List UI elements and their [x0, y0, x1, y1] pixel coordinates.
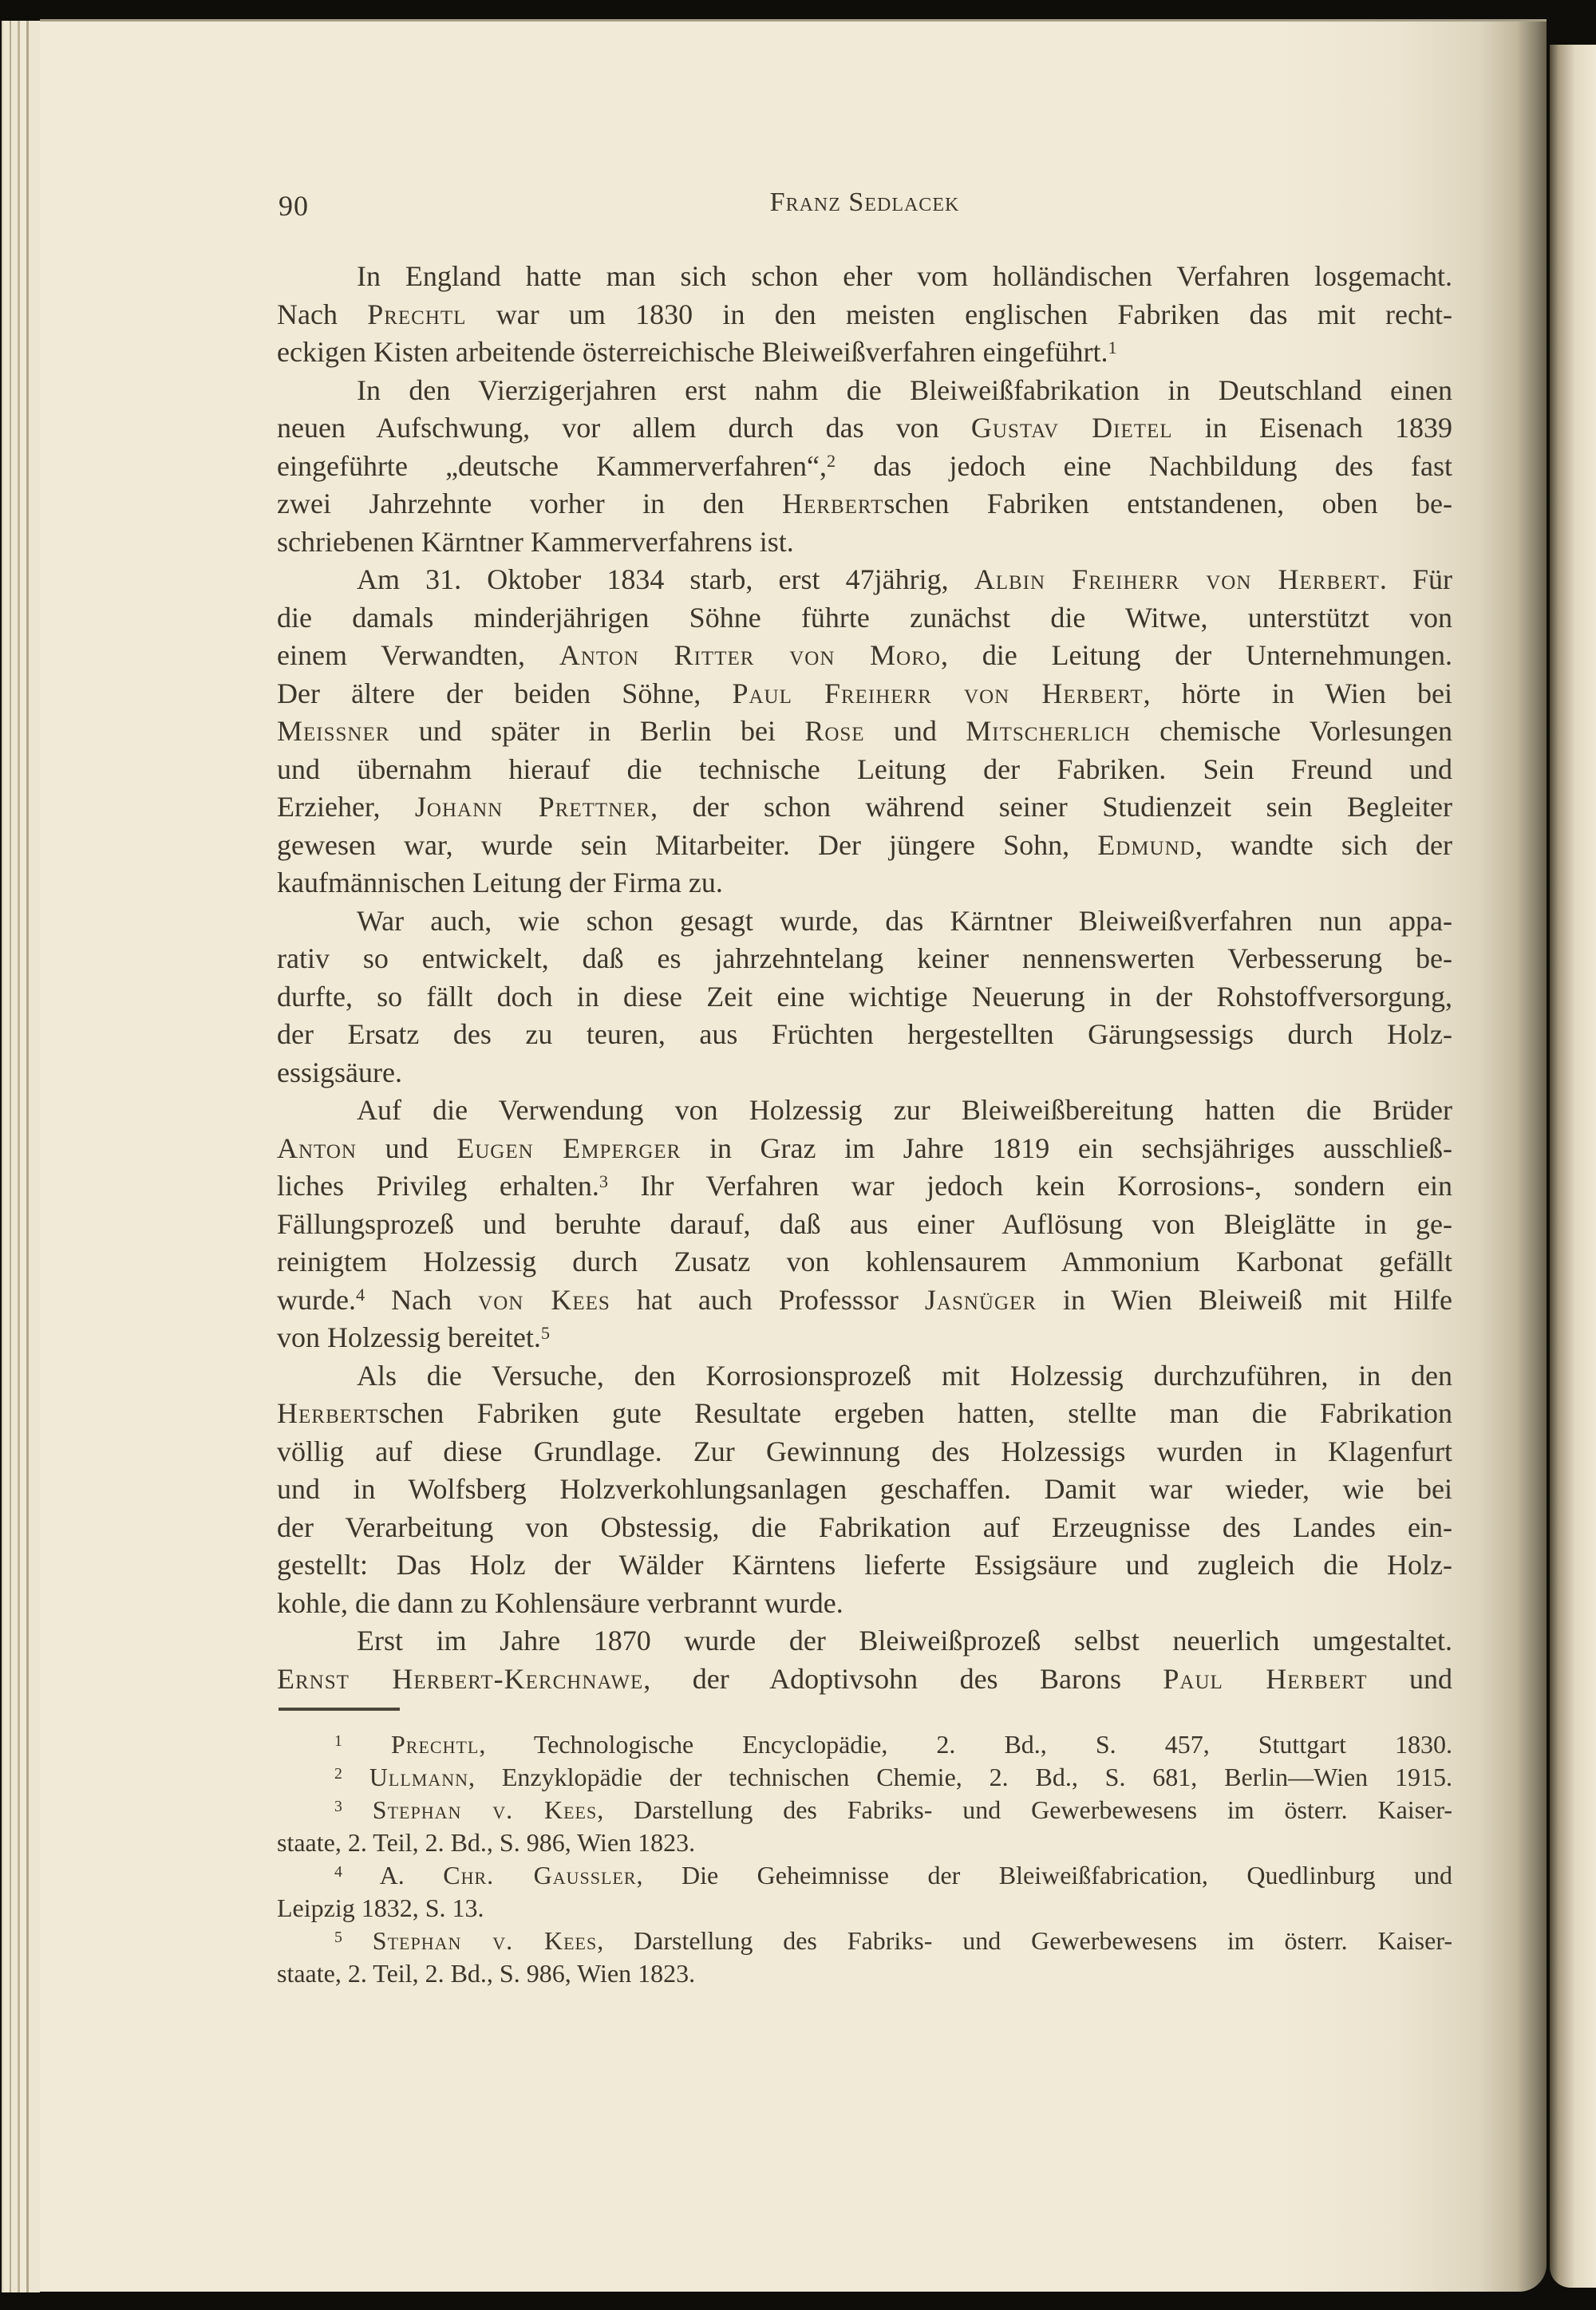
footnote: 2 Ullmann, Enzyklopädie der technischen …	[277, 1761, 1452, 1794]
text-run: Als die Versuche, den Korrosionsprozeß m…	[357, 1360, 1452, 1392]
small-caps-name: Herbert	[782, 488, 883, 519]
text-run: eingeführte „deutsche Kammerverfahren“,	[277, 450, 827, 482]
page-number: 90	[279, 189, 309, 223]
small-caps-name: Meissner	[277, 715, 389, 747]
text-line: eckigen Kisten arbeitende österreichisch…	[277, 334, 1452, 372]
small-caps-name: Johann Prettner	[415, 791, 650, 823]
small-caps-name: Anton	[277, 1132, 357, 1164]
text-run: staate, 2. Teil, 2. Bd., S. 986, Wien 18…	[277, 1959, 695, 1988]
paragraph: Als die Versuche, den Korrosionsprozeß m…	[277, 1357, 1452, 1623]
running-head: Franz Sedlacek	[277, 188, 1452, 218]
text-line: Anton und Eugen Emperger in Graz im Jahr…	[277, 1130, 1452, 1168]
paragraph: Am 31. Oktober 1834 starb, erst 47jährig…	[277, 561, 1452, 902]
text-run	[342, 1795, 373, 1824]
small-caps-name: Stephan v. Kees	[373, 1926, 597, 1955]
text-line: und übernahm hierauf die technische Leit…	[277, 751, 1452, 789]
text-run: Auf die Verwendung von Holzessig zur Ble…	[357, 1094, 1452, 1126]
text-line: Meissner und später in Berlin bei Rose u…	[277, 713, 1452, 751]
text-run: und	[1368, 1663, 1452, 1695]
text-run: Erst im Jahre 1870 wurde der Bleiweißpro…	[357, 1625, 1452, 1656]
text-line: wurde.4 Nach von Kees hat auch Professso…	[277, 1281, 1452, 1320]
small-caps-name: Paul Herbert	[1163, 1663, 1367, 1695]
footnote: 5 Stephan v. Kees, Darstellung des Fabri…	[277, 1925, 1452, 1990]
paragraph: Erst im Jahre 1870 wurde der Bleiweißpro…	[277, 1622, 1452, 1698]
text-run: Ihr Verfahren war jedoch kein Korrosions…	[608, 1170, 1452, 1202]
text-run: , der schon während seiner Studienzeit s…	[650, 791, 1452, 823]
footnote-marker: 3	[599, 1171, 608, 1191]
text-line: eingeführte „deutsche Kammerverfahren“,2…	[277, 448, 1452, 486]
text-line: Leipzig 1832, S. 13.	[277, 1892, 1452, 1925]
footnote-marker: 5	[541, 1323, 550, 1343]
text-line: und in Wolfsberg Holzverkohlungsanlagen …	[277, 1471, 1452, 1509]
text-run: staate, 2. Teil, 2. Bd., S. 986, Wien 18…	[277, 1828, 695, 1857]
text-run: von Holzessig bereitet.	[277, 1321, 541, 1353]
text-line: durfte, so fällt doch in diese Zeit eine…	[277, 978, 1452, 1017]
paragraph: In England hatte man sich schon eher vom…	[277, 258, 1452, 372]
text-run: War auch, wie schon gesagt wurde, das Kä…	[357, 905, 1452, 937]
footnote-marker: 5	[334, 1929, 342, 1946]
footnote-marker: 1	[1108, 338, 1117, 357]
paragraph: Auf die Verwendung von Holzessig zur Ble…	[277, 1092, 1452, 1357]
text-line: die damals minderjährigen Söhne führte z…	[277, 599, 1452, 638]
text-run: gestellt: Das Holz der Wälder Kärntens l…	[277, 1549, 1452, 1581]
text-line: von Holzessig bereitet.5	[277, 1319, 1452, 1357]
text-block: 90 Franz Sedlacek In England hatte man s…	[277, 188, 1452, 1990]
text-run: und	[357, 1132, 456, 1164]
footnote-marker: 2	[334, 1765, 342, 1783]
small-caps-name: Eugen Emperger	[456, 1132, 681, 1164]
text-run: , hörte in Wien bei	[1144, 677, 1452, 709]
text-line: kaufmännischen Leitung der Firma zu.	[277, 864, 1452, 902]
text-run: schen Fabriken gute Resultate ergeben ha…	[378, 1397, 1452, 1429]
text-line: einem Verwandten, Anton Ritter von Moro,…	[277, 637, 1452, 675]
text-line: staate, 2. Teil, 2. Bd., S. 986, Wien 18…	[277, 1826, 1452, 1859]
text-run: Nach	[277, 298, 367, 330]
text-line: Fällungsprozeß und beruhte darauf, daß a…	[277, 1206, 1452, 1244]
text-run: in Eisenach 1839	[1173, 412, 1452, 444]
text-run: das jedoch eine Nachbildung des fast	[836, 450, 1452, 482]
text-run: schriebenen Kärntner Kammerverfahrens is…	[277, 526, 794, 558]
small-caps-name: Jasnüger	[925, 1284, 1037, 1316]
text-line: Am 31. Oktober 1834 starb, erst 47jährig…	[277, 561, 1452, 599]
left-page-edges	[0, 21, 40, 2292]
text-line: In den Vierzigerjahren erst nahm die Ble…	[277, 372, 1452, 410]
text-run: und	[865, 715, 966, 747]
small-caps-name: Edmund	[1097, 829, 1195, 861]
text-run: zwei Jahrzehnte vorher in den	[277, 488, 782, 519]
text-run: liches Privileg erhalten.	[277, 1170, 599, 1202]
text-run: Nach	[365, 1284, 478, 1316]
text-line: Als die Versuche, den Korrosionsprozeß m…	[277, 1357, 1452, 1396]
text-run: die damals minderjährigen Söhne führte z…	[277, 602, 1452, 634]
footnote-marker: 1	[334, 1732, 342, 1750]
text-run: eckigen Kisten arbeitende österreichisch…	[277, 336, 1108, 368]
text-run: Fällungsprozeß und beruhte darauf, daß a…	[277, 1208, 1452, 1240]
text-run: Leipzig 1832, S. 13.	[277, 1893, 484, 1922]
text-run: und später in Berlin bei	[389, 715, 804, 747]
text-run: , der Adoptivsohn des Barons	[643, 1663, 1163, 1695]
text-line: der Verarbeitung von Obstessig, die Fabr…	[277, 1509, 1452, 1547]
text-run: durfte, so fällt doch in diese Zeit eine…	[277, 981, 1452, 1013]
text-run: neuen Aufschwung, vor allem durch das vo…	[277, 412, 971, 444]
text-run: und in Wolfsberg Holzverkohlungsanlagen …	[277, 1473, 1452, 1505]
text-line: Erzieher, Johann Prettner, der schon wäh…	[277, 788, 1452, 827]
text-line: War auch, wie schon gesagt wurde, das Kä…	[277, 902, 1452, 941]
footnote: 4 A. Chr. Gaussler, Die Geheimnisse der …	[277, 1859, 1452, 1925]
text-line: 1 Prechtl, Technologische Encyclopädie, …	[277, 1728, 1452, 1761]
text-line: Nach Prechtl war um 1830 in den meisten …	[277, 296, 1452, 334]
text-run: Erzieher,	[277, 791, 415, 823]
text-run	[342, 1926, 373, 1955]
small-caps-name: Gustav Dietel	[971, 412, 1173, 444]
small-caps-name: Prechtl	[367, 298, 466, 330]
text-run: war um 1830 in den meisten englischen Fa…	[466, 298, 1452, 330]
text-run: gewesen war, wurde sein Mitarbeiter. Der…	[277, 829, 1097, 861]
text-line: 3 Stephan v. Kees, Darstellung des Fabri…	[277, 1794, 1452, 1826]
small-caps-name: Chr. Gaussler	[443, 1861, 636, 1889]
text-line: In England hatte man sich schon eher vom…	[277, 258, 1452, 296]
text-run	[342, 1763, 369, 1791]
text-run: , Technologische Encyclopädie, 2. Bd., S…	[479, 1730, 1452, 1759]
text-run: rativ so entwickelt, daß es jahrzehntela…	[277, 942, 1452, 974]
text-run: . Für	[1380, 563, 1452, 595]
text-run: kaufmännischen Leitung der Firma zu.	[277, 867, 723, 898]
paragraph: War auch, wie schon gesagt wurde, das Kä…	[277, 902, 1452, 1092]
footnote: 3 Stephan v. Kees, Darstellung des Fabri…	[277, 1794, 1452, 1859]
footnotes: 1 Prechtl, Technologische Encyclopädie, …	[277, 1728, 1452, 1990]
small-caps-name: Ullmann	[369, 1763, 468, 1791]
text-run: Der ältere der beiden Söhne,	[277, 677, 732, 709]
text-line: neuen Aufschwung, vor allem durch das vo…	[277, 409, 1452, 448]
text-run: der Verarbeitung von Obstessig, die Fabr…	[277, 1511, 1452, 1543]
book-page: 90 Franz Sedlacek In England hatte man s…	[40, 19, 1547, 2292]
text-run: und übernahm hierauf die technische Leit…	[277, 753, 1452, 785]
text-run: , wandte sich der	[1195, 829, 1452, 861]
text-line: liches Privileg erhalten.3 Ihr Verfahren…	[277, 1167, 1452, 1206]
footnote-marker: 2	[827, 451, 836, 471]
text-line: Der ältere der beiden Söhne, Paul Freihe…	[277, 675, 1452, 713]
text-run: , Die Geheimnisse der Bleiweißfabricatio…	[637, 1861, 1453, 1889]
text-run: völlig auf diese Grundlage. Zur Gewinnun…	[277, 1435, 1452, 1467]
small-caps-name: Mitscherlich	[966, 715, 1131, 747]
text-line: 4 A. Chr. Gaussler, Die Geheimnisse der …	[277, 1859, 1452, 1892]
small-caps-name: Stephan v. Kees	[373, 1795, 597, 1824]
text-line: gewesen war, wurde sein Mitarbeiter. Der…	[277, 827, 1452, 865]
footnote: 1 Prechtl, Technologische Encyclopädie, …	[277, 1728, 1452, 1761]
text-run: Am 31. Oktober 1834 starb, erst 47jährig…	[357, 563, 974, 595]
text-line: kohle, die dann zu Kohlensäure verbrannt…	[277, 1585, 1452, 1623]
text-line: essigsäure.	[277, 1054, 1452, 1092]
text-line: staate, 2. Teil, 2. Bd., S. 986, Wien 18…	[277, 1957, 1452, 1990]
text-run: wurde.	[277, 1284, 356, 1316]
small-caps-name: von Kees	[478, 1284, 610, 1316]
text-run	[342, 1730, 391, 1759]
text-run: , die Leitung der Unternehmungen.	[941, 639, 1452, 671]
text-line: Erst im Jahre 1870 wurde der Bleiweißpro…	[277, 1622, 1452, 1660]
text-run: in Graz im Jahre 1819 ein sechsjähriges …	[681, 1132, 1452, 1164]
footnote-separator	[279, 1708, 400, 1711]
small-caps-name: Anton Ritter von Moro	[559, 639, 941, 671]
small-caps-name: Ernst Herbert-Kerchnawe	[277, 1663, 643, 1695]
text-run: chemische Vorlesungen	[1131, 715, 1452, 747]
text-run: kohle, die dann zu Kohlensäure verbrannt…	[277, 1587, 843, 1619]
text-line: Ernst Herbert-Kerchnawe, der Adoptivsohn…	[277, 1660, 1452, 1699]
text-run: einem Verwandten,	[277, 639, 559, 671]
text-run: hat auch Professsor	[610, 1284, 925, 1316]
text-run: der Ersatz des zu teuren, aus Früchten h…	[277, 1018, 1452, 1050]
text-run: in Wien Bleiweiß mit Hilfe	[1037, 1284, 1452, 1316]
text-run: schen Fabriken entstandenen, oben be-	[883, 488, 1452, 519]
text-line: Auf die Verwendung von Holzessig zur Ble…	[277, 1092, 1452, 1130]
text-line: zwei Jahrzehnte vorher in den Herbertsch…	[277, 485, 1452, 523]
text-run: essigsäure.	[277, 1056, 402, 1088]
text-run: In den Vierzigerjahren erst nahm die Ble…	[357, 374, 1452, 406]
footnote-marker: 4	[356, 1285, 365, 1305]
text-line: reinigtem Holzessig durch Zusatz von koh…	[277, 1243, 1452, 1281]
small-caps-name: Prechtl	[391, 1730, 479, 1759]
body-text: In England hatte man sich schon eher vom…	[277, 258, 1452, 1698]
text-run: , Darstellung des Fabriks- und Gewerbewe…	[597, 1926, 1452, 1955]
paragraph: In den Vierzigerjahren erst nahm die Ble…	[277, 372, 1452, 562]
text-line: Herbertschen Fabriken gute Resultate erg…	[277, 1395, 1452, 1433]
small-caps-name: Rose	[804, 715, 864, 747]
text-run: reinigtem Holzessig durch Zusatz von koh…	[277, 1246, 1452, 1277]
text-run: In England hatte man sich schon eher vom…	[357, 260, 1452, 292]
footnote-marker: 4	[334, 1863, 342, 1881]
text-line: 2 Ullmann, Enzyklopädie der technischen …	[277, 1761, 1452, 1794]
text-line: völlig auf diese Grundlage. Zur Gewinnun…	[277, 1433, 1452, 1471]
facing-page-edge	[1550, 45, 1596, 2288]
text-line: gestellt: Das Holz der Wälder Kärntens l…	[277, 1546, 1452, 1585]
footnote-marker: 3	[334, 1798, 342, 1815]
small-caps-name: Albin Freiherr von Herbert	[974, 563, 1380, 595]
small-caps-name: Herbert	[277, 1397, 378, 1429]
text-line: der Ersatz des zu teuren, aus Früchten h…	[277, 1016, 1452, 1054]
page-header: 90 Franz Sedlacek	[277, 188, 1452, 226]
text-line: rativ so entwickelt, daß es jahrzehntela…	[277, 940, 1452, 978]
text-line: schriebenen Kärntner Kammerverfahrens is…	[277, 523, 1452, 562]
text-run: , Darstellung des Fabriks- und Gewerbewe…	[597, 1795, 1452, 1824]
text-run: A.	[342, 1861, 443, 1889]
small-caps-name: Paul Freiherr von Herbert	[732, 677, 1143, 709]
text-run: , Enzyklopädie der technischen Chemie, 2…	[468, 1763, 1452, 1791]
text-line: 5 Stephan v. Kees, Darstellung des Fabri…	[277, 1925, 1452, 1957]
